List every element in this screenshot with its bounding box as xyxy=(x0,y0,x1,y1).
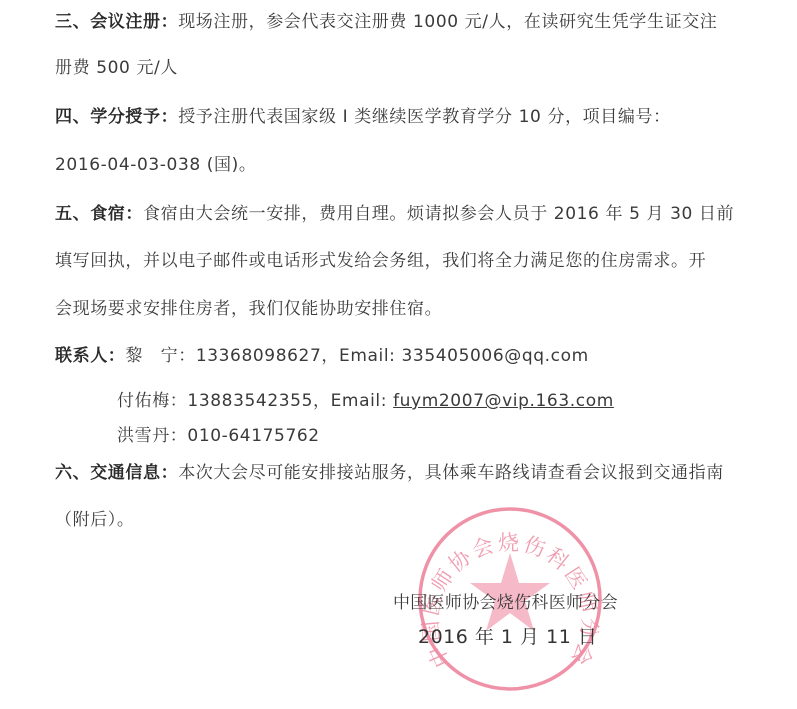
section6-text: 本次大会尽可能安排接站服务，具体乘车路线请查看会议报到交通指南 xyxy=(178,463,724,483)
section3-heading: 三、会议注册： xyxy=(55,12,178,32)
signature-organization: 中国医师协会烧伤科医师分会 xyxy=(393,588,618,613)
contact-row-3: 洪雪丹：010-64175762 xyxy=(117,425,320,447)
section4-line2: 2016-04-03-038 (国)。 xyxy=(55,154,256,176)
contact-name: 付佑梅： xyxy=(117,391,187,411)
signature-date: 2016 年 1 月 11 日 xyxy=(418,622,597,649)
section4-line1: 四、学分授予：授予注册代表国家级 Ⅰ 类继续医学教育学分 10 分，项目编号： xyxy=(55,106,671,128)
section4-heading: 四、学分授予： xyxy=(55,107,178,127)
contact-phone: 010-64175762 xyxy=(187,426,319,446)
contact-email: 335405006@qq.com xyxy=(402,346,589,366)
section6-line2: （附后）。 xyxy=(55,509,135,531)
section5-line2: 填写回执，并以电子邮件或电话形式发给会务组，我们将全力满足您的住房需求。开 xyxy=(55,250,706,272)
contact-name: 洪雪丹： xyxy=(117,426,187,446)
section3-text: 现场注册，参会代表交注册费 1000 元/人，在读研究生凭学生证交注 xyxy=(178,12,717,32)
section5-line3: 会现场要求安排住房者，我们仅能协助安排住宿。 xyxy=(55,298,442,320)
section5-text: 食宿由大会统一安排，费用自理。烦请拟参会人员于 2016 年 5 月 30 日前 xyxy=(143,204,734,224)
email-label: Email: xyxy=(339,346,402,366)
section6-heading: 六、交通信息： xyxy=(55,463,178,483)
section5-line1: 五、食宿：食宿由大会统一安排，费用自理。烦请拟参会人员于 2016 年 5 月 … xyxy=(55,203,734,225)
contact-name: 黎 宁： xyxy=(125,346,195,366)
section4-text: 授予注册代表国家级 Ⅰ 类继续医学教育学分 10 分，项目编号： xyxy=(178,107,670,127)
contact-row-2: 付佑梅：13883542355，Email: fuym2007@vip.163.… xyxy=(117,390,614,412)
email-label: Email: xyxy=(331,391,394,411)
contact-row-1: 联系人：黎 宁：13368098627，Email: 335405006@qq.… xyxy=(55,345,589,367)
contact-phone: 13883542355， xyxy=(187,391,330,411)
section5-heading: 五、食宿： xyxy=(55,204,143,224)
section6-line1: 六、交通信息：本次大会尽可能安排接站服务，具体乘车路线请查看会议报到交通指南 xyxy=(55,462,724,484)
contact-phone: 13368098627， xyxy=(196,346,339,366)
contact-email-link[interactable]: fuym2007@vip.163.com xyxy=(393,391,614,411)
contacts-label: 联系人： xyxy=(55,346,125,366)
section3-line1: 三、会议注册：现场注册，参会代表交注册费 1000 元/人，在读研究生凭学生证交… xyxy=(55,11,717,33)
section3-line2: 册费 500 元/人 xyxy=(55,57,178,79)
